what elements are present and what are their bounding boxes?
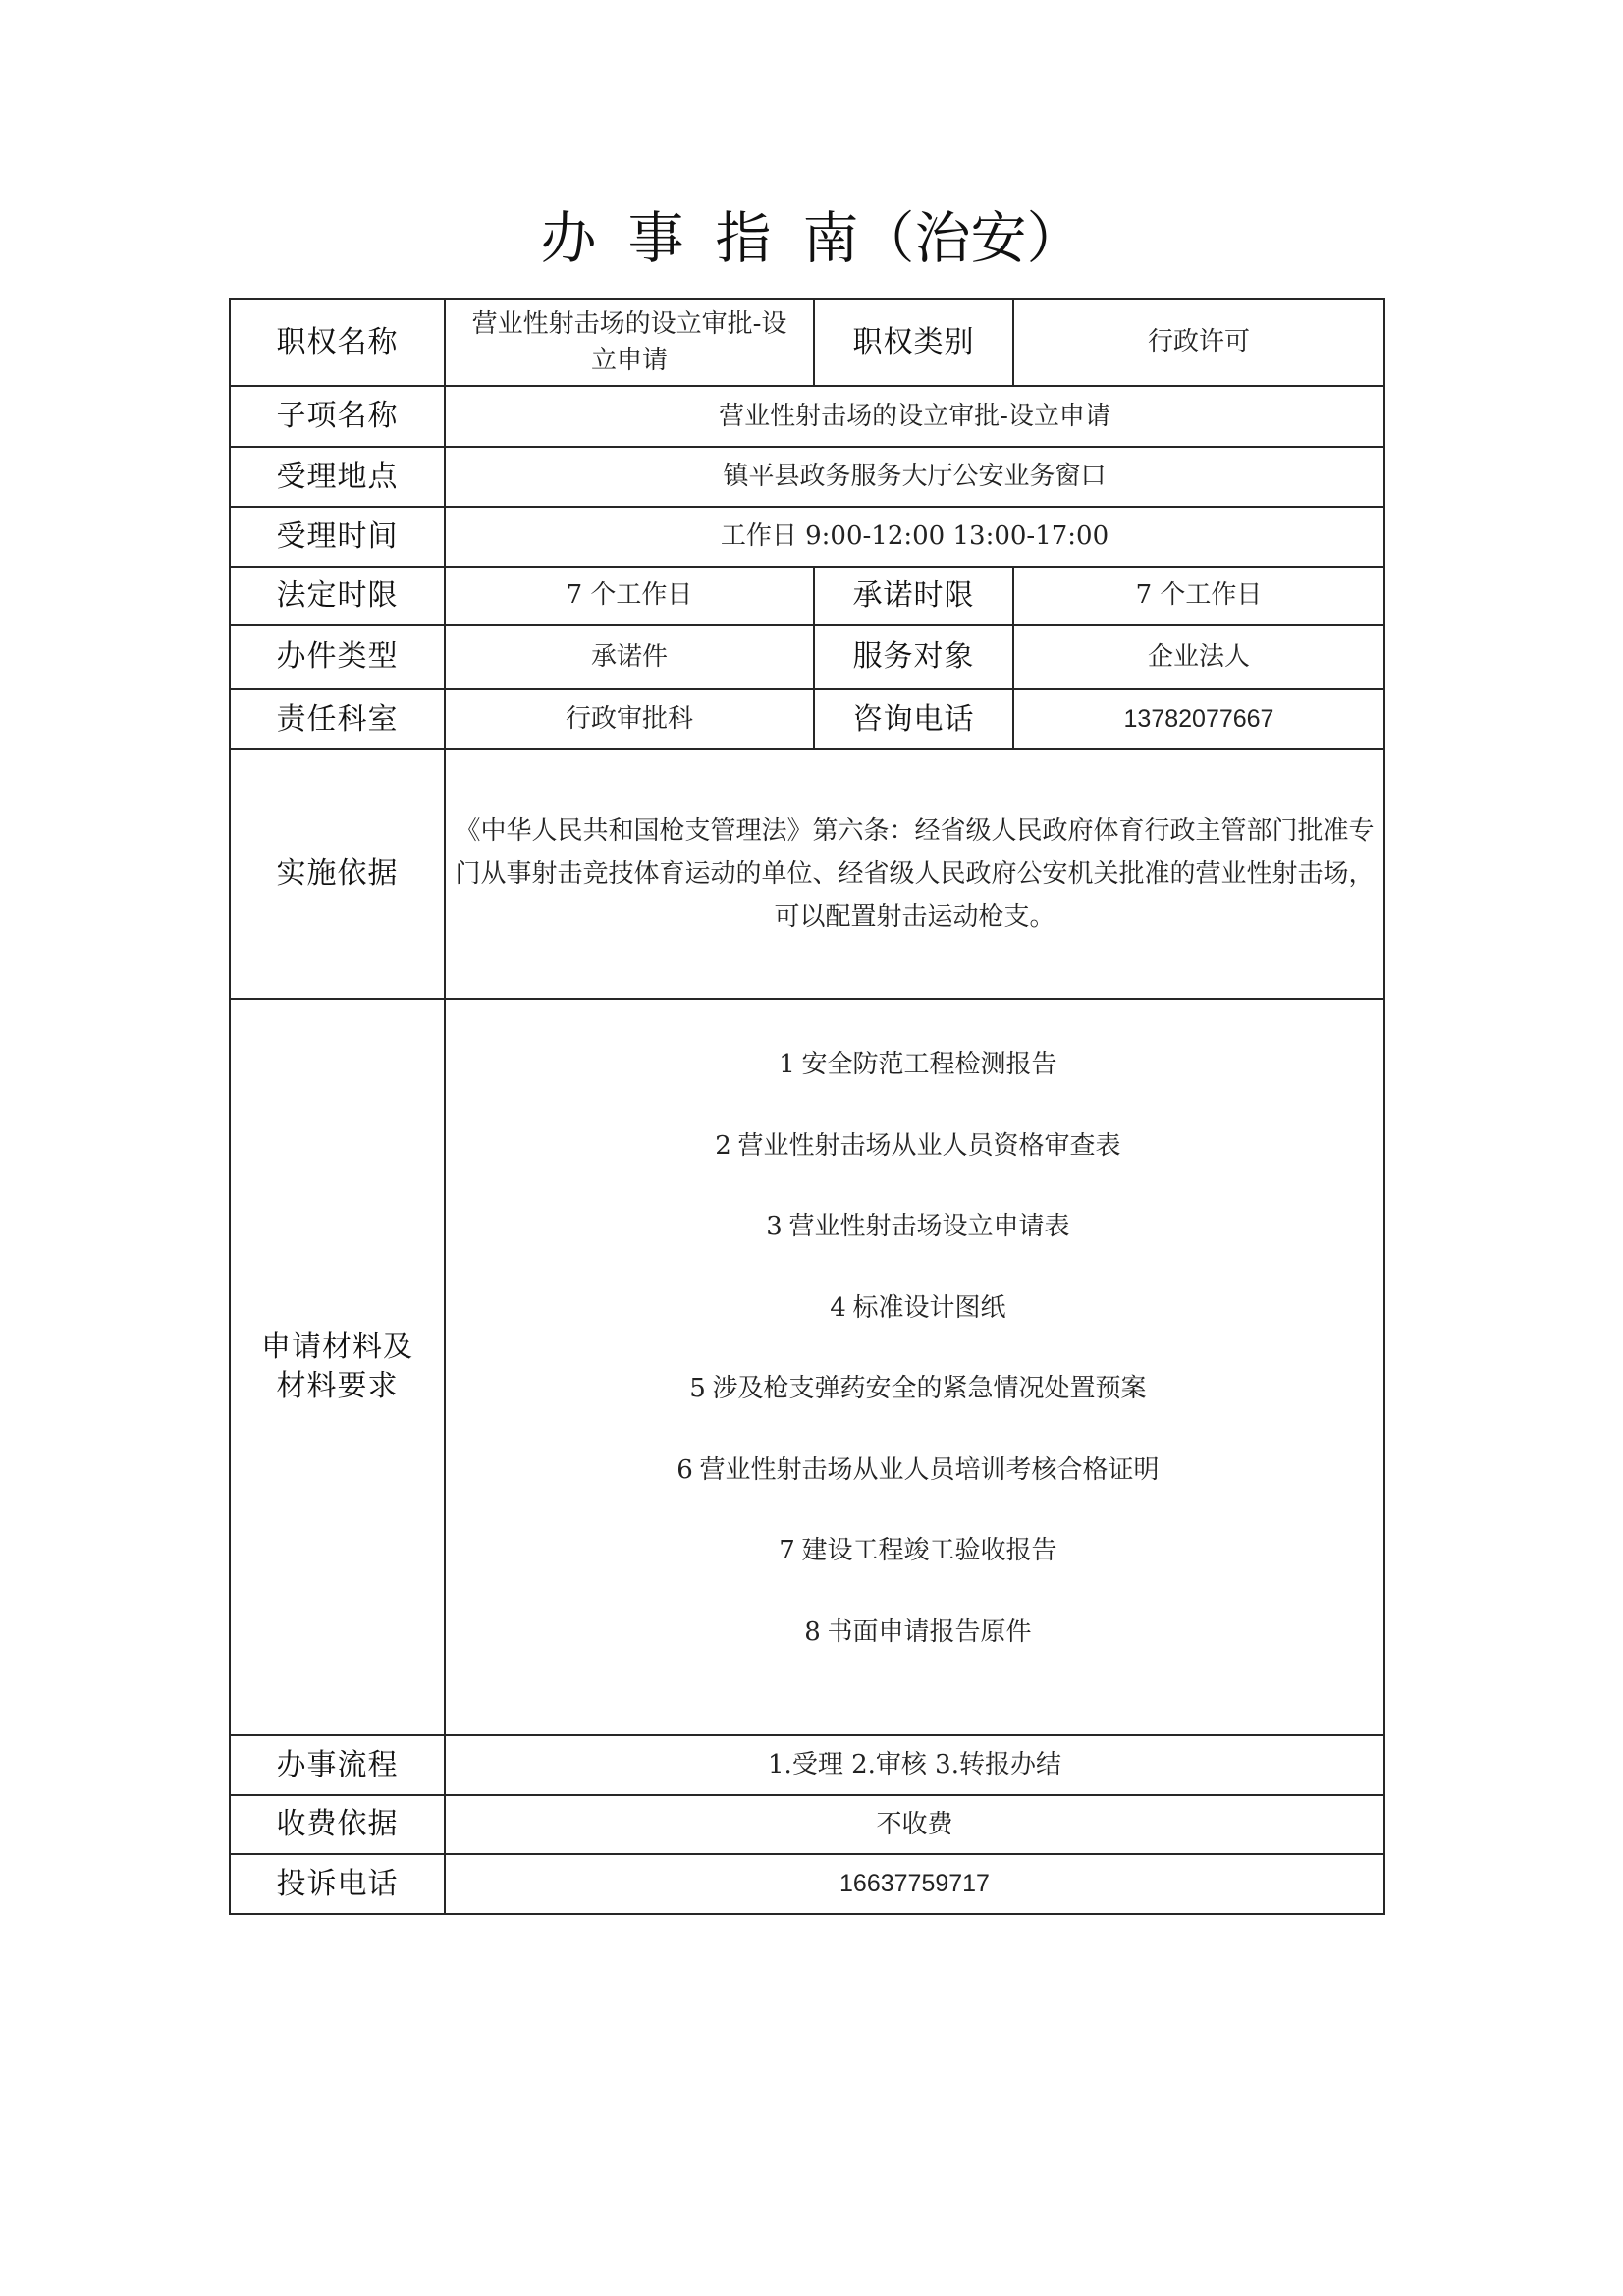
label-sub-item: 子项名称 [230, 386, 445, 447]
value-basis: 《中华人民共和国枪支管理法》第六条：经省级人民政府体育行政主管部门批准专门从事射… [445, 749, 1384, 999]
title-char: 指 [716, 201, 772, 276]
material-item-number: 7 [772, 1534, 801, 1567]
label-process: 办事流程 [230, 1735, 445, 1795]
title-suffix: （治安） [859, 201, 1083, 276]
label-case-type: 办件类型 [230, 625, 445, 689]
material-item: 6营业性射击场从业人员培训考核合格证明 [446, 1453, 1383, 1535]
row-complaint-phone: 投诉电话 16637759717 [230, 1854, 1384, 1914]
material-item: 1安全防范工程检测报告 [446, 1048, 1383, 1129]
label-consult-phone: 咨询电话 [814, 689, 1013, 749]
value-hours: 工作日 9:00-12:00 13:00-17:00 [445, 507, 1384, 567]
label-materials-line2: 材料要求 [231, 1367, 444, 1406]
title-char: 办 [541, 201, 597, 276]
material-item-text: 营业性射击场从业人员培训考核合格证明 [699, 1455, 1159, 1485]
material-item-text: 建设工程竣工验收报告 [801, 1536, 1056, 1565]
row-materials: 申请材料及 材料要求 1安全防范工程检测报告 2营业性射击场从业人员资格审查表 … [230, 999, 1384, 1735]
material-item: 7建设工程竣工验收报告 [446, 1534, 1383, 1615]
row-department: 责任科室 行政审批科 咨询电话 13782077667 [230, 689, 1384, 749]
value-complaint-phone: 16637759717 [445, 1854, 1384, 1914]
value-consult-phone: 13782077667 [1013, 689, 1384, 749]
material-item: 3营业性射击场设立申请表 [446, 1210, 1383, 1291]
page-title: 办事指南（治安） [0, 201, 1623, 276]
material-item-number: 4 [823, 1291, 852, 1325]
label-legal-limit: 法定时限 [230, 567, 445, 625]
value-department: 行政审批科 [445, 689, 814, 749]
label-authority-type: 职权类别 [814, 299, 1013, 386]
value-fee: 不收费 [445, 1795, 1384, 1854]
label-promised-limit: 承诺时限 [814, 567, 1013, 625]
material-item-number: 2 [708, 1129, 737, 1163]
material-item-text: 营业性射击场从业人员资格审查表 [737, 1131, 1120, 1161]
row-basis: 实施依据 《中华人民共和国枪支管理法》第六条：经省级人民政府体育行政主管部门批准… [230, 749, 1384, 999]
label-complaint-phone: 投诉电话 [230, 1854, 445, 1914]
service-guide-table: 职权名称 营业性射击场的设立审批-设立申请 职权类别 行政许可 子项名称 营业性… [229, 298, 1385, 1915]
label-basis: 实施依据 [230, 749, 445, 999]
value-service-target: 企业法人 [1013, 625, 1384, 689]
material-item-number: 6 [670, 1453, 699, 1487]
label-fee: 收费依据 [230, 1795, 445, 1854]
row-fee: 收费依据 不收费 [230, 1795, 1384, 1854]
label-authority-name: 职权名称 [230, 299, 445, 386]
row-hours: 受理时间 工作日 9:00-12:00 13:00-17:00 [230, 507, 1384, 567]
row-process: 办事流程 1.受理 2.审核 3.转报办结 [230, 1735, 1384, 1795]
value-legal-limit: 7 个工作日 [445, 567, 814, 625]
material-item-number: 1 [772, 1048, 801, 1081]
title-char: 南 [803, 201, 859, 276]
value-location: 镇平县政务服务大厅公安业务窗口 [445, 447, 1384, 507]
value-authority-type: 行政许可 [1013, 299, 1384, 386]
label-materials: 申请材料及 材料要求 [230, 999, 445, 1735]
material-item-number: 5 [682, 1372, 712, 1405]
material-item: 2营业性射击场从业人员资格审查表 [446, 1129, 1383, 1211]
material-item-text: 涉及枪支弹药安全的紧急情况处置预案 [712, 1374, 1146, 1403]
row-authority: 职权名称 营业性射击场的设立审批-设立申请 职权类别 行政许可 [230, 299, 1384, 386]
material-item: 4标准设计图纸 [446, 1291, 1383, 1373]
materials-list: 1安全防范工程检测报告 2营业性射击场从业人员资格审查表 3营业性射击场设立申请… [446, 1038, 1383, 1696]
material-item-text: 书面申请报告原件 [827, 1617, 1031, 1647]
row-time-limits: 法定时限 7 个工作日 承诺时限 7 个工作日 [230, 567, 1384, 625]
label-department: 责任科室 [230, 689, 445, 749]
material-item-number: 8 [797, 1615, 827, 1649]
value-promised-limit: 7 个工作日 [1013, 567, 1384, 625]
row-case-type: 办件类型 承诺件 服务对象 企业法人 [230, 625, 1384, 689]
row-sub-item: 子项名称 营业性射击场的设立审批-设立申请 [230, 386, 1384, 447]
value-process: 1.受理 2.审核 3.转报办结 [445, 1735, 1384, 1795]
label-materials-line1: 申请材料及 [231, 1328, 444, 1367]
value-case-type: 承诺件 [445, 625, 814, 689]
title-char: 事 [628, 201, 684, 276]
label-hours: 受理时间 [230, 507, 445, 567]
materials-list-cell: 1安全防范工程检测报告 2营业性射击场从业人员资格审查表 3营业性射击场设立申请… [445, 999, 1384, 1735]
material-item-text: 标准设计图纸 [852, 1293, 1005, 1323]
material-item-number: 3 [759, 1210, 788, 1243]
material-item-text: 安全防范工程检测报告 [801, 1050, 1056, 1079]
material-item: 5涉及枪支弹药安全的紧急情况处置预案 [446, 1372, 1383, 1453]
material-item-text: 营业性射击场设立申请表 [788, 1212, 1069, 1241]
row-location: 受理地点 镇平县政务服务大厅公安业务窗口 [230, 447, 1384, 507]
value-authority-name: 营业性射击场的设立审批-设立申请 [445, 299, 814, 386]
label-service-target: 服务对象 [814, 625, 1013, 689]
value-sub-item: 营业性射击场的设立审批-设立申请 [445, 386, 1384, 447]
label-location: 受理地点 [230, 447, 445, 507]
material-item: 8书面申请报告原件 [446, 1615, 1383, 1697]
